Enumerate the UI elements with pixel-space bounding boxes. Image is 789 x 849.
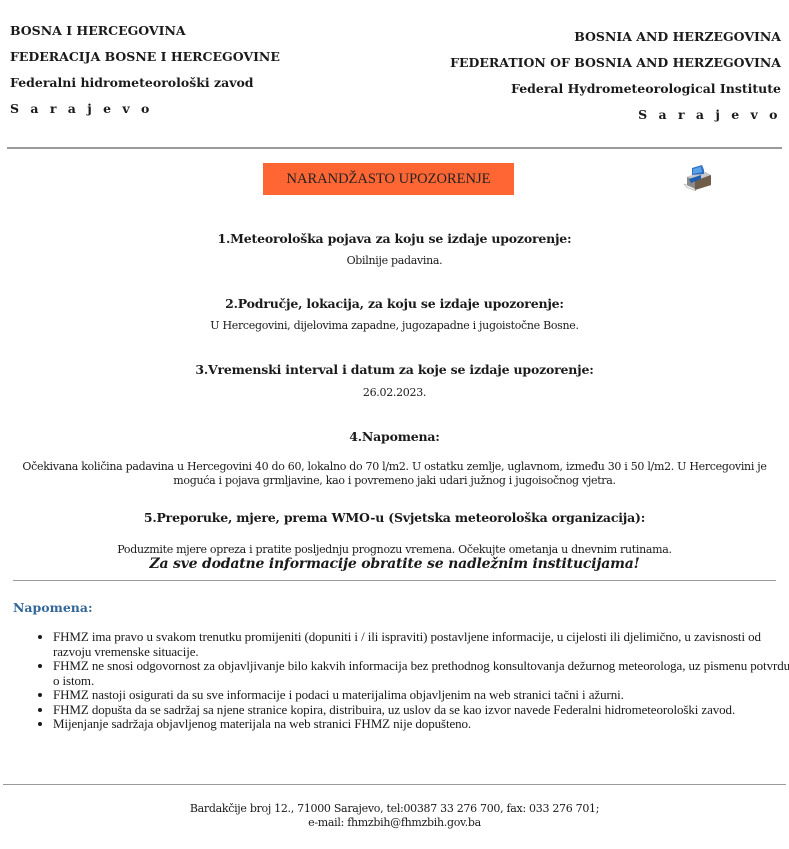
notes-title: Napomena: xyxy=(13,600,93,615)
city-bs: S a r a j e v o xyxy=(10,96,280,122)
warning-level-badge: NARANDŽASTO UPOZORENJE xyxy=(263,163,514,195)
section-title: 1.Meteorološka pojava za koju se izdaje … xyxy=(0,231,789,246)
content-divider xyxy=(13,580,776,581)
section-recommendations: 5.Preporuke, mjere, prema WMO-u (Svjetsk… xyxy=(0,510,789,572)
section-text: U Hercegovini, dijelovima zapadne, jugoz… xyxy=(0,319,789,332)
section-note: 4.Napomena: Očekivana količina padavina … xyxy=(0,429,789,488)
list-item: FHMZ ima pravo u svakom trenutku promije… xyxy=(53,630,789,659)
federation-name-en: FEDERATION OF BOSNIA AND HERZEGOVINA xyxy=(450,50,781,76)
country-name-bs: BOSNA I HERCEGOVINA xyxy=(10,18,280,44)
section-phenomenon: 1.Meteorološka pojava za koju se izdaje … xyxy=(0,231,789,267)
city-en: S a r a j e v o xyxy=(450,102,781,128)
header-right: BOSNIA AND HERZEGOVINA FEDERATION OF BOS… xyxy=(450,24,781,128)
section-title: 3.Vremenski interval i datum za koje se … xyxy=(0,362,789,377)
list-item: FHMZ dopušta da se sadržaj sa njene stra… xyxy=(53,703,789,718)
section-area: 2.Područje, lokacija, za koju se izdaje … xyxy=(0,296,789,332)
institute-name-bs: Federalni hidrometeorološki zavod xyxy=(10,70,280,96)
institute-name-en: Federal Hydrometeorological Institute xyxy=(450,76,781,102)
list-item: FHMZ ne snosi odgovornost za objavljivan… xyxy=(53,659,789,688)
section-text: Obilnije padavina. xyxy=(0,254,789,267)
list-item: FHMZ nastoji osigurati da su sve informa… xyxy=(53,688,789,703)
printer-icon[interactable] xyxy=(683,165,713,191)
header-left: BOSNA I HERCEGOVINA FEDERACIJA BOSNE I H… xyxy=(10,18,280,122)
section-text: 26.02.2023. xyxy=(0,386,789,399)
section-emphasis: Za sve dodatne informacije obratite se n… xyxy=(0,556,789,572)
country-name-en: BOSNIA AND HERZEGOVINA xyxy=(450,24,781,50)
federation-name-bs: FEDERACIJA BOSNE I HERCEGOVINE xyxy=(10,44,280,70)
footer-address: Bardakčije broj 12., 71000 Sarajevo, tel… xyxy=(0,802,789,816)
list-item: Mijenjanje sadržaja objavljenog materija… xyxy=(53,717,789,732)
footer: Bardakčije broj 12., 71000 Sarajevo, tel… xyxy=(0,802,789,830)
section-interval: 3.Vremenski interval i datum za koje se … xyxy=(0,362,789,399)
section-title: 2.Područje, lokacija, za koju se izdaje … xyxy=(0,296,789,311)
section-title: 4.Napomena: xyxy=(0,429,789,444)
section-title: 5.Preporuke, mjere, prema WMO-u (Svjetsk… xyxy=(0,510,789,525)
footer-email: e-mail: fhmzbih@fhmzbih.gov.ba xyxy=(0,816,789,830)
section-text: Očekivana količina padavina u Hercegovin… xyxy=(18,460,771,488)
header-divider xyxy=(7,147,782,149)
notes-list: FHMZ ima pravo u svakom trenutku promije… xyxy=(35,630,789,732)
footer-divider xyxy=(3,784,786,785)
section-text: Poduzmite mjere opreza i pratite posljed… xyxy=(0,543,789,556)
